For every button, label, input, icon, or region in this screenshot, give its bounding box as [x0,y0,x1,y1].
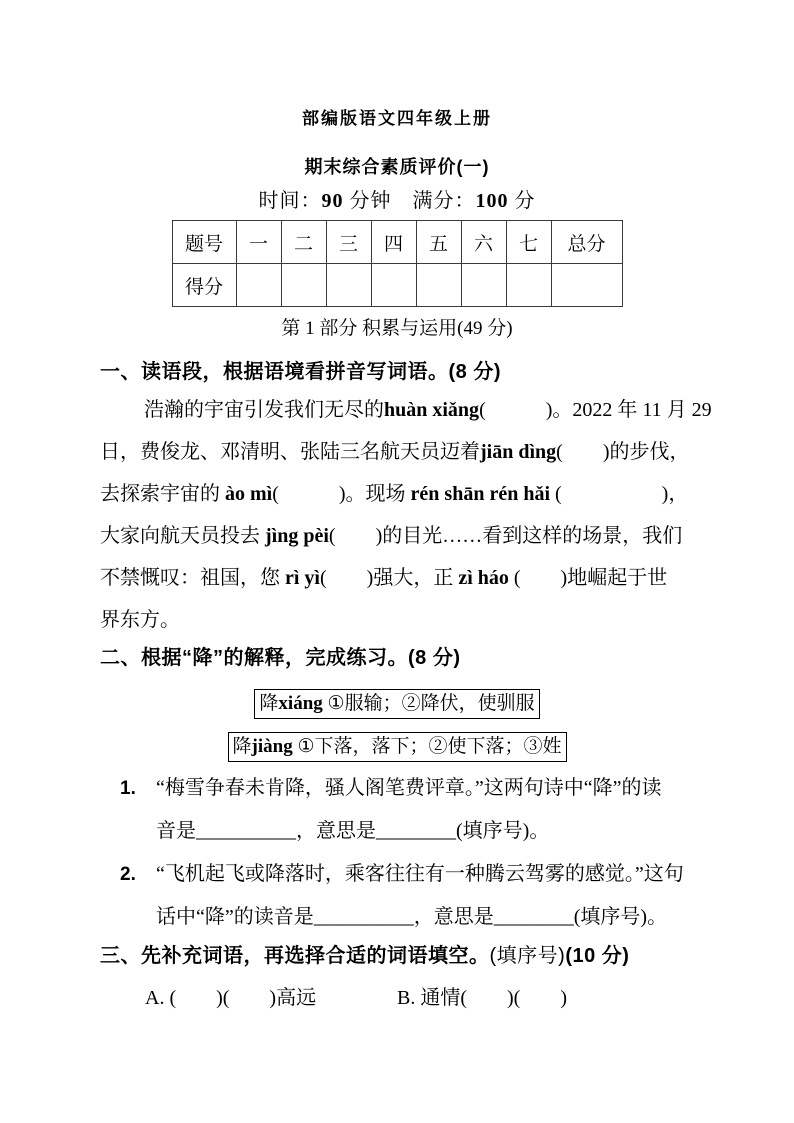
score-table-header-row: 题号 一 二 三 四 五 六 七 总分 [172,221,622,264]
pinyin-paragraph: 浩瀚的宇宙引发我们无尽的huàn xiǎng( )。2022 年 11 月 29… [100,389,694,641]
score-cell-empty [506,264,551,307]
score-row-label: 得分 [172,264,236,307]
score-cell-empty [461,264,506,307]
paragraph-line-2: 日，费俊龙、邓清明、张陆三名航天员迈着jiān dìng( )的步伐， [100,431,694,473]
score-cell-empty [551,264,622,307]
score-table-header-cell: 二 [281,221,326,264]
score-table-score-row: 得分 [172,264,622,307]
question-2-number: 2. [120,853,156,939]
paragraph-line-1: 浩瀚的宇宙引发我们无尽的huàn xiǎng( )。2022 年 11 月 29 [100,389,694,431]
question-2-line-2: 话中“降”的读音是__________，意思是________(填序号)。 [156,896,694,939]
score-table-header-cell: 六 [461,221,506,264]
score-table-header-cell: 总分 [551,221,622,264]
exam-meta-line: 时间：90 分钟 满分：100 分 [100,188,694,215]
score-table-header-cell: 题号 [172,221,236,264]
score-cell-empty [281,264,326,307]
option-a: A. ( )( )高远 [145,985,397,1011]
exam-page: 部编版语文四年级上册 期末综合素质评价(一) 时间：90 分钟 满分：100 分… [0,0,794,1123]
xiang-definition-row: 降xiáng ①服输；②降伏，使驯服 [100,689,694,719]
section2-heading: 二、根据“降”的解释，完成练习。(8 分) [100,644,694,672]
score-table-header-cell: 七 [506,221,551,264]
score-table-header-cell: 五 [416,221,461,264]
question-2-line-1: “飞机起飞或降落时，乘客往往有一种腾云驾雾的感觉。”这句 [156,853,694,896]
jiang-definition-box: 降jiàng ①下落，落下；②使下落；③姓 [228,732,567,762]
score-table-header-cell: 三 [326,221,371,264]
option-b: B. 通情( )( ) [397,985,567,1011]
jiang-definition-row: 降jiàng ①下落，落下；②使下落；③姓 [100,732,694,762]
section3-options-row: A. ( )( )高远 B. 通情( )( ) [145,985,694,1011]
question-1-line-1: “梅雪争春未肯降，骚人阁笔费评章。”这两句诗中“降”的读 [156,767,694,810]
paragraph-line-4: 大家向航天员投去 jìng pèi( )的目光……看到这样的场景，我们 [100,515,694,557]
question-1-body: “梅雪争春未肯降，骚人阁笔费评章。”这两句诗中“降”的读 音是_________… [156,767,694,853]
paragraph-line-5: 不禁慨叹：祖国，您 rì yì( )强大，正 zì háo ( )地崛起于世 [100,557,694,599]
question-1: 1. “梅雪争春未肯降，骚人阁笔费评章。”这两句诗中“降”的读 音是______… [120,767,694,853]
paragraph-line-6: 界东方。 [100,599,694,641]
exam-title: 期末综合素质评价(一) [100,156,694,178]
question-2-body: “飞机起飞或降落时，乘客往往有一种腾云驾雾的感觉。”这句 话中“降”的读音是__… [156,853,694,939]
question-1-number: 1. [120,767,156,853]
section1-heading: 一、读语段，根据语境看拼音写词语。(8 分) [100,358,694,386]
question-2: 2. “飞机起飞或降落时，乘客往往有一种腾云驾雾的感觉。”这句 话中“降”的读音… [120,853,694,939]
score-table-header-cell: 一 [236,221,281,264]
score-cell-empty [371,264,416,307]
score-cell-empty [236,264,281,307]
series-title: 部编版语文四年级上册 [100,108,694,130]
part1-title: 第 1 部分 积累与运用(49 分) [100,316,694,342]
score-table: 题号 一 二 三 四 五 六 七 总分 [172,220,623,307]
score-cell-empty [326,264,371,307]
paragraph-line-3: 去探索宇宙的 ào mì( )。现场 rén shān rén hǎi ( )， [100,473,694,515]
question-1-line-2: 音是__________，意思是________(填序号)。 [156,810,694,853]
score-cell-empty [416,264,461,307]
section3-heading: 三、先补充词语，再选择合适的词语填空。(填序号)(10 分) [100,941,694,971]
xiang-definition-box: 降xiáng ①服输；②降伏，使驯服 [254,689,539,719]
score-table-header-cell: 四 [371,221,416,264]
